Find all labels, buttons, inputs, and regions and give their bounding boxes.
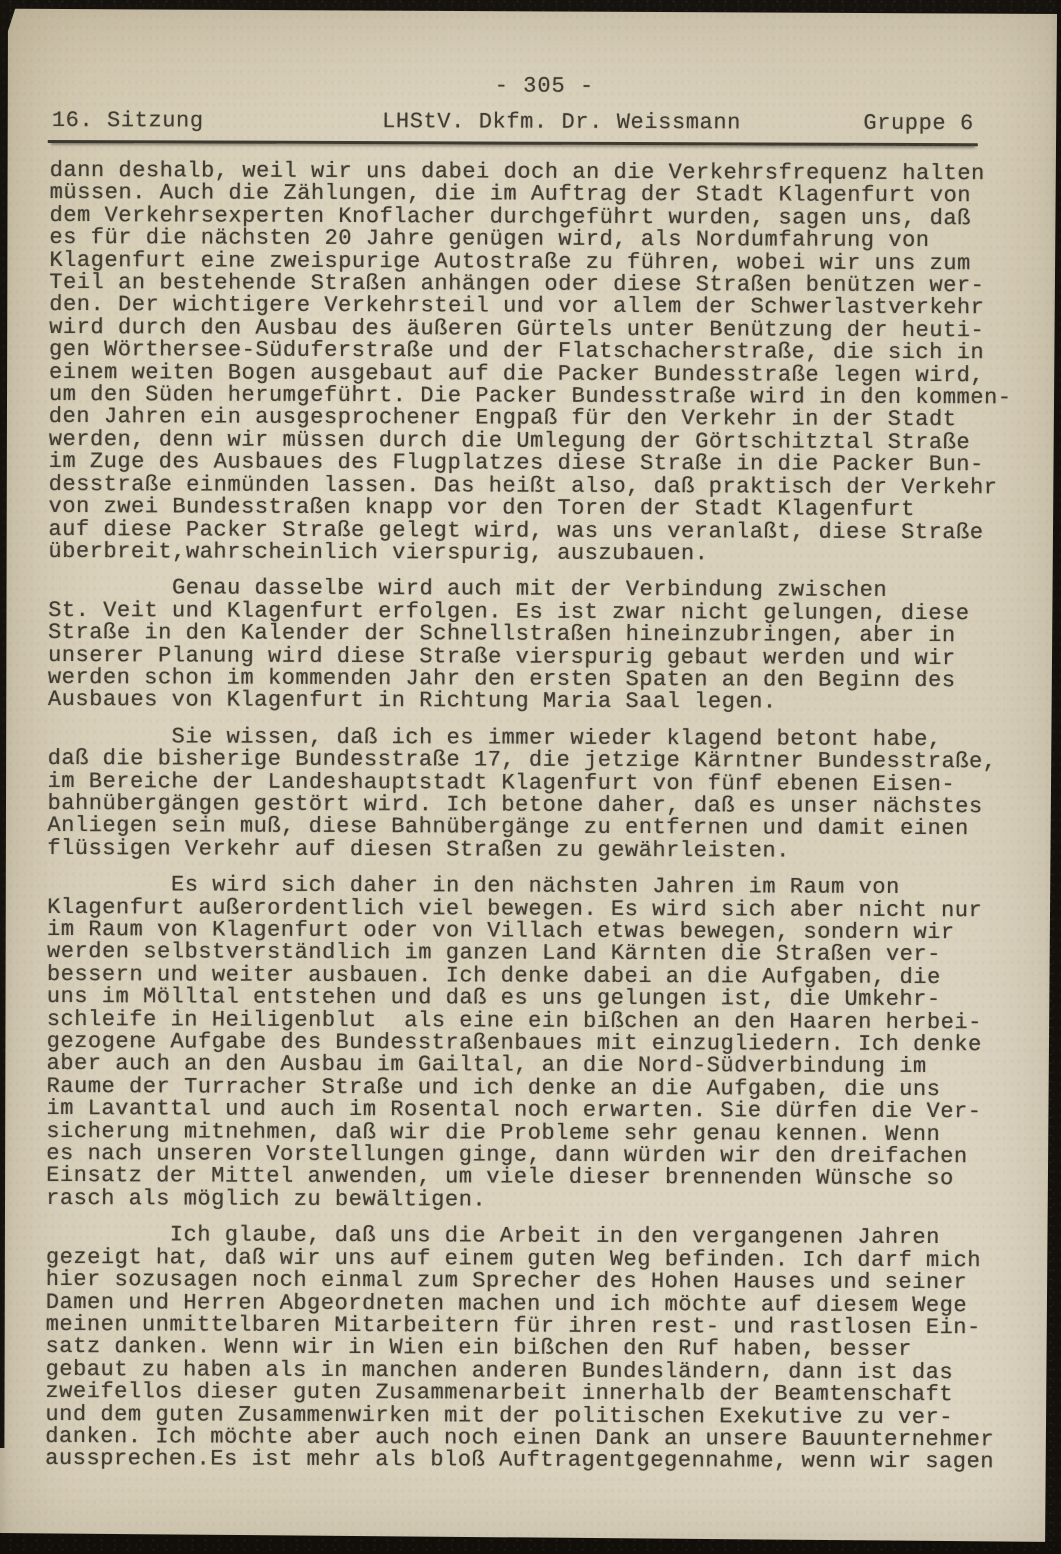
header-speaker-name: LHStV. Dkfm. Dr. Weissmann bbox=[382, 109, 741, 135]
scanned-page: - 305 - 16. Sitzung LHStV. Dkfm. Dr. Wei… bbox=[0, 0, 1061, 1554]
page-number: - 305 - bbox=[0, 72, 1061, 101]
page-content: - 305 - 16. Sitzung LHStV. Dkfm. Dr. Wei… bbox=[0, 0, 1061, 1488]
body-paragraph-1: dann deshalb, weil wir uns dabei doch an… bbox=[48, 160, 1060, 567]
body-paragraph-2: Genau dasselbe wird auch mit der Verbind… bbox=[48, 577, 1059, 715]
page-header: 16. Sitzung LHStV. Dkfm. Dr. Weissmann G… bbox=[48, 108, 978, 146]
header-session-title: 16. Sitzung bbox=[52, 108, 204, 134]
scan-edge-bottom bbox=[0, 1528, 1061, 1554]
page-body: dann deshalb, weil wir uns dabei doch an… bbox=[45, 160, 1061, 1474]
body-paragraph-4: Es wird sich daher in den nächsten Jahre… bbox=[46, 874, 1058, 1214]
body-paragraph-3: Sie wissen, daß ich es immer wieder klag… bbox=[47, 726, 1058, 864]
body-paragraph-5: Ich glaube, daß uns die Arbeit in den ve… bbox=[45, 1224, 1057, 1474]
header-group-label: Gruppe 6 bbox=[863, 111, 974, 136]
